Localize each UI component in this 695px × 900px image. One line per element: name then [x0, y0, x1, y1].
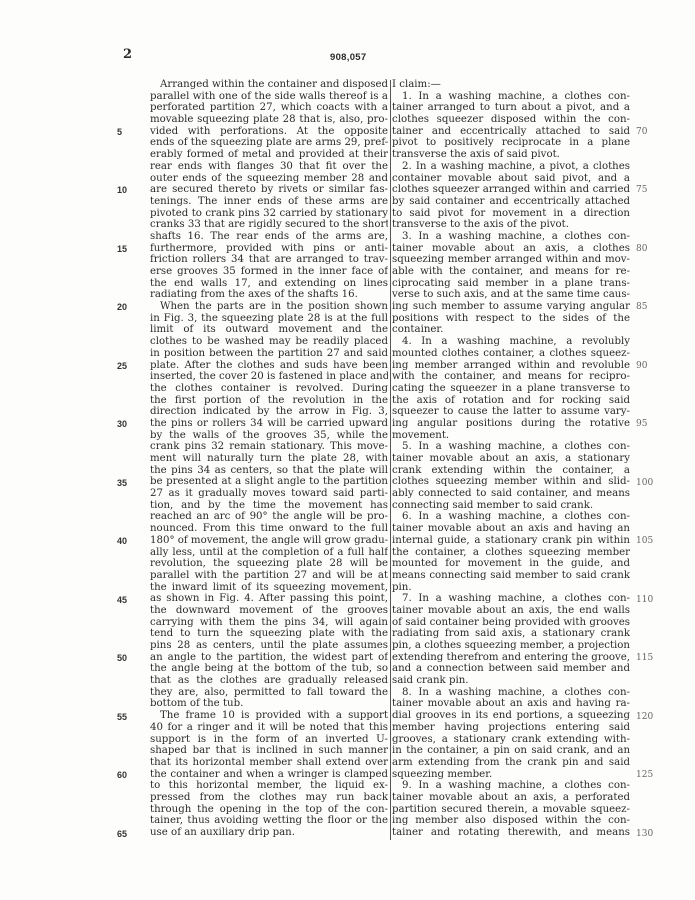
text-line: 7. In a washing machine, a clothes con-: [392, 593, 630, 605]
text-line: ment will naturally turn the plate 28, w…: [150, 453, 388, 465]
text-line: clothes to be washed may be readily plac…: [150, 336, 388, 348]
text-line: inserted, the cover 20 is fastened in pl…: [150, 371, 388, 383]
text-line: transverse the axis of said pivot.: [392, 149, 630, 161]
text-line: squeezing member.: [392, 769, 630, 781]
line-number: 115: [636, 653, 653, 663]
text-line: tainer and rotating therewith, and means: [392, 827, 630, 839]
text-line: ing angular positions during the rotativ…: [392, 418, 630, 430]
text-line: and a connection between said member and: [392, 663, 630, 675]
text-line: pins 28 as centers, until the plate assu…: [150, 640, 388, 652]
line-number: 15: [117, 244, 127, 254]
text-line: movable squeezing plate 28 that is, also…: [150, 114, 388, 126]
text-line: clothes squeezing member within and slid…: [392, 476, 630, 488]
text-line: dial grooves in its end portions, a sque…: [392, 710, 630, 722]
text-line: 6. In a washing machine, a clothes con-: [392, 511, 630, 523]
text-line: erably formed of metal and provided at t…: [150, 149, 388, 161]
line-number: 40: [117, 536, 127, 546]
text-line: ally less, until at the completion of a …: [150, 547, 388, 559]
text-line: in the container, a pin on said crank, a…: [392, 745, 630, 757]
text-line: crank pins 32 remain stationary. This mo…: [150, 441, 388, 453]
text-line: vided with perforations. At the opposite: [150, 126, 388, 138]
text-line: tainer, thus avoiding wetting the floor …: [150, 815, 388, 827]
line-number: 70: [636, 127, 647, 137]
line-number: 25: [117, 361, 127, 371]
text-line: cating the squeezer in a plane transvers…: [392, 383, 630, 395]
text-line: 4. In a washing machine, a revolubly: [392, 336, 630, 348]
text-line: 8. In a washing machine, a clothes con-: [392, 687, 630, 699]
text-line: ends of the squeezing plate are arms 29,…: [150, 137, 388, 149]
claims-column: I claim:—1. In a washing machine, a clot…: [392, 79, 630, 839]
text-line: pin.: [392, 582, 630, 594]
text-line: erse grooves 35 formed in the inner face…: [150, 266, 388, 278]
page-number: 2: [123, 47, 132, 62]
text-line: ably connected to said container, and me…: [392, 488, 630, 500]
text-line: 9. In a washing machine, a clothes con-: [392, 780, 630, 792]
text-line: use of an auxiliary drip pan.: [150, 827, 388, 839]
line-number: 45: [117, 595, 127, 605]
text-line: tainer movable about an axis, the end wa…: [392, 605, 630, 617]
text-line: tend to turn the squeezing plate with th…: [150, 628, 388, 640]
line-number: 65: [117, 829, 127, 839]
text-line: furthermore, provided with pins or anti-: [150, 243, 388, 255]
text-line: said crank pin.: [392, 675, 630, 687]
text-line: clothes squeezer arranged within and car…: [392, 184, 630, 196]
text-line: When the parts are in the position shown: [150, 301, 388, 313]
column-divider: [390, 80, 391, 840]
line-number: 10: [117, 185, 127, 195]
text-line: pin, a clothes squeezing member, a proje…: [392, 640, 630, 652]
text-line: support is in the form of an inverted U-: [150, 734, 388, 746]
text-line: 27 as it gradually moves toward said par…: [150, 488, 388, 500]
text-line: an angle to the partition, the widest pa…: [150, 652, 388, 664]
text-line: reached an arc of 90° the angle will be …: [150, 511, 388, 523]
text-line: positions with respect to the sides of t…: [392, 313, 630, 325]
text-line: movement.: [392, 430, 630, 442]
line-number: 105: [636, 536, 653, 546]
line-number: 95: [636, 419, 647, 429]
text-line: friction rollers 34 that are arranged to…: [150, 254, 388, 266]
text-line: tenings. The inner ends of these arms ar…: [150, 196, 388, 208]
text-line: 5. In a washing machine, a clothes con-: [392, 441, 630, 453]
text-line: ing such member to assume varying angula…: [392, 301, 630, 313]
text-line: as shown in Fig. 4. After passing this p…: [150, 593, 388, 605]
text-line: rear ends with flanges 30 that fit over …: [150, 161, 388, 173]
text-line: by the walls of the grooves 35, while th…: [150, 430, 388, 442]
line-number: 80: [636, 244, 647, 254]
line-number: 75: [636, 185, 647, 195]
text-line: shafts 16. The rear ends of the arms are…: [150, 231, 388, 243]
text-line: to said pivot for movement in a directio…: [392, 208, 630, 220]
text-line: be presented at a slight angle to the pa…: [150, 476, 388, 488]
text-line: container.: [392, 324, 630, 336]
text-line: Arranged within the container and dispos…: [150, 79, 388, 91]
text-line: connecting said member to said crank.: [392, 500, 630, 512]
text-line: direction indicated by the arrow in Fig.…: [150, 406, 388, 418]
text-line: tainer movable about an axis, a stationa…: [392, 453, 630, 465]
line-number: 30: [117, 419, 127, 429]
text-line: the end walls 17, and extending on lines: [150, 278, 388, 290]
text-line: clothes squeezer disposed within the con…: [392, 114, 630, 126]
patent-number: 908,057: [330, 52, 366, 63]
text-line: I claim:—: [392, 79, 630, 91]
text-line: the container and when a wringer is clam…: [150, 769, 388, 781]
text-line: The frame 10 is provided with a support: [150, 710, 388, 722]
line-number: 125: [636, 770, 653, 780]
text-line: the downward movement of the grooves: [150, 605, 388, 617]
text-line: 3. In a washing machine, a clothes con-: [392, 231, 630, 243]
text-line: the angle being at the bottom of the tub…: [150, 663, 388, 675]
text-line: the inward limit of its squeezing moveme…: [150, 582, 388, 594]
text-line: to this horizontal member, the liquid ex…: [150, 780, 388, 792]
text-line: they are, also, permitted to fall toward…: [150, 687, 388, 699]
text-line: perforated partition 27, which coacts wi…: [150, 102, 388, 114]
text-line: the first portion of the revolution in t…: [150, 395, 388, 407]
text-line: 1. In a washing machine, a clothes con-: [392, 91, 630, 103]
text-line: bottom of the tub.: [150, 698, 388, 710]
text-line: pivoted to crank pins 32 carried by stat…: [150, 208, 388, 220]
text-line: arm extending from the crank pin and sai…: [392, 757, 630, 769]
text-line: parallel with the partition 27 and will …: [150, 570, 388, 582]
specification-column: Arranged within the container and dispos…: [150, 79, 388, 839]
text-line: means connecting said member to said cra…: [392, 570, 630, 582]
line-number: 100: [636, 478, 653, 488]
text-line: by said container and eccentrically atta…: [392, 196, 630, 208]
text-line: revolution, the squeezing plate 28 will …: [150, 558, 388, 570]
text-line: limit of its outward movement and the: [150, 324, 388, 336]
text-line: tion, and by the time the movement has: [150, 500, 388, 512]
line-number: 90: [636, 361, 647, 371]
line-number: 130: [636, 829, 653, 839]
text-line: extending therefrom and entering the gro…: [392, 652, 630, 664]
text-line: tainer and eccentrically attached to sai…: [392, 126, 630, 138]
text-line: that its horizontal member shall extend …: [150, 757, 388, 769]
text-line: in Fig. 3, the squeezing plate 28 is at …: [150, 313, 388, 325]
line-number: 120: [636, 712, 653, 722]
text-line: partition secured therein, a movable squ…: [392, 804, 630, 816]
text-line: with the container, and means for recipr…: [392, 371, 630, 383]
text-line: container movable about said pivot, and …: [392, 173, 630, 185]
text-line: outer ends of the squeezing member 28 an…: [150, 173, 388, 185]
text-line: mounted clothes container, a clothes squ…: [392, 348, 630, 360]
text-line: pivot to positively reciprocate in a pla…: [392, 137, 630, 149]
text-line: tainer movable about an axis and having …: [392, 523, 630, 535]
text-line: the pins 34 as centers, so that the plat…: [150, 465, 388, 477]
text-line: the pins or rollers 34 will be carried u…: [150, 418, 388, 430]
line-number: 5: [117, 127, 122, 137]
text-line: grooves, a stationary crank extending wi…: [392, 734, 630, 746]
text-line: ing member arranged within and revoluble: [392, 360, 630, 372]
text-line: shaped bar that is inclined in such mann…: [150, 745, 388, 757]
text-line: transverse to the axis of the pivot.: [392, 219, 630, 231]
text-line: parallel with one of the side walls ther…: [150, 91, 388, 103]
text-line: tainer movable about an axis and having …: [392, 698, 630, 710]
text-line: tainer movable about an axis, a clothes: [392, 243, 630, 255]
line-number: 50: [117, 653, 127, 663]
text-line: carrying with them the pins 34, will aga…: [150, 617, 388, 629]
text-line: cranks 33 that are rigidly secured to th…: [150, 219, 388, 231]
text-line: radiating from said axis, a stationary c…: [392, 628, 630, 640]
line-number: 110: [636, 595, 653, 605]
text-line: ing member also disposed within the con-: [392, 815, 630, 827]
text-line: of said container being provided with gr…: [392, 617, 630, 629]
text-line: the clothes container is revolved. Durin…: [150, 383, 388, 395]
line-number: 55: [117, 712, 127, 722]
text-line: nounced. From this time onward to the fu…: [150, 523, 388, 535]
text-line: member having projections entering said: [392, 722, 630, 734]
text-line: 40 for a ringer and it will be noted tha…: [150, 722, 388, 734]
text-line: are secured thereto by rivets or similar…: [150, 184, 388, 196]
text-line: radiating from the axes of the shafts 16…: [150, 289, 388, 301]
text-line: verse to such axis, and at the same time…: [392, 289, 630, 301]
text-line: able with the container, and means for r…: [392, 266, 630, 278]
text-line: the container, a clothes squeezing membe…: [392, 547, 630, 559]
text-line: tainer movable about an axis, a perforat…: [392, 792, 630, 804]
text-line: 2. In a washing machine, a pivot, a clot…: [392, 161, 630, 173]
text-line: that as the clothes are gradually releas…: [150, 675, 388, 687]
line-number: 35: [117, 478, 127, 488]
text-line: squeezing member arranged within and mov…: [392, 254, 630, 266]
text-line: mounted for movement in the guide, and: [392, 558, 630, 570]
text-line: squeezer to cause the latter to assume v…: [392, 406, 630, 418]
text-line: plate. After the clothes and suds have b…: [150, 360, 388, 372]
line-number: 20: [117, 302, 127, 312]
text-line: through the opening in the top of the co…: [150, 804, 388, 816]
text-line: the axis of rotation and for rocking sai…: [392, 395, 630, 407]
text-line: ciprocating said member in a plane trans…: [392, 278, 630, 290]
text-line: in position between the partition 27 and…: [150, 348, 388, 360]
text-line: internal guide, a stationary crank pin w…: [392, 535, 630, 547]
line-number: 85: [636, 302, 647, 312]
text-line: 180° of movement, the angle will grow gr…: [150, 535, 388, 547]
text-line: pressed from the clothes may run back: [150, 792, 388, 804]
text-line: tainer arranged to turn about a pivot, a…: [392, 102, 630, 114]
line-number: 60: [117, 770, 127, 780]
text-line: crank extending within the container, a: [392, 465, 630, 477]
